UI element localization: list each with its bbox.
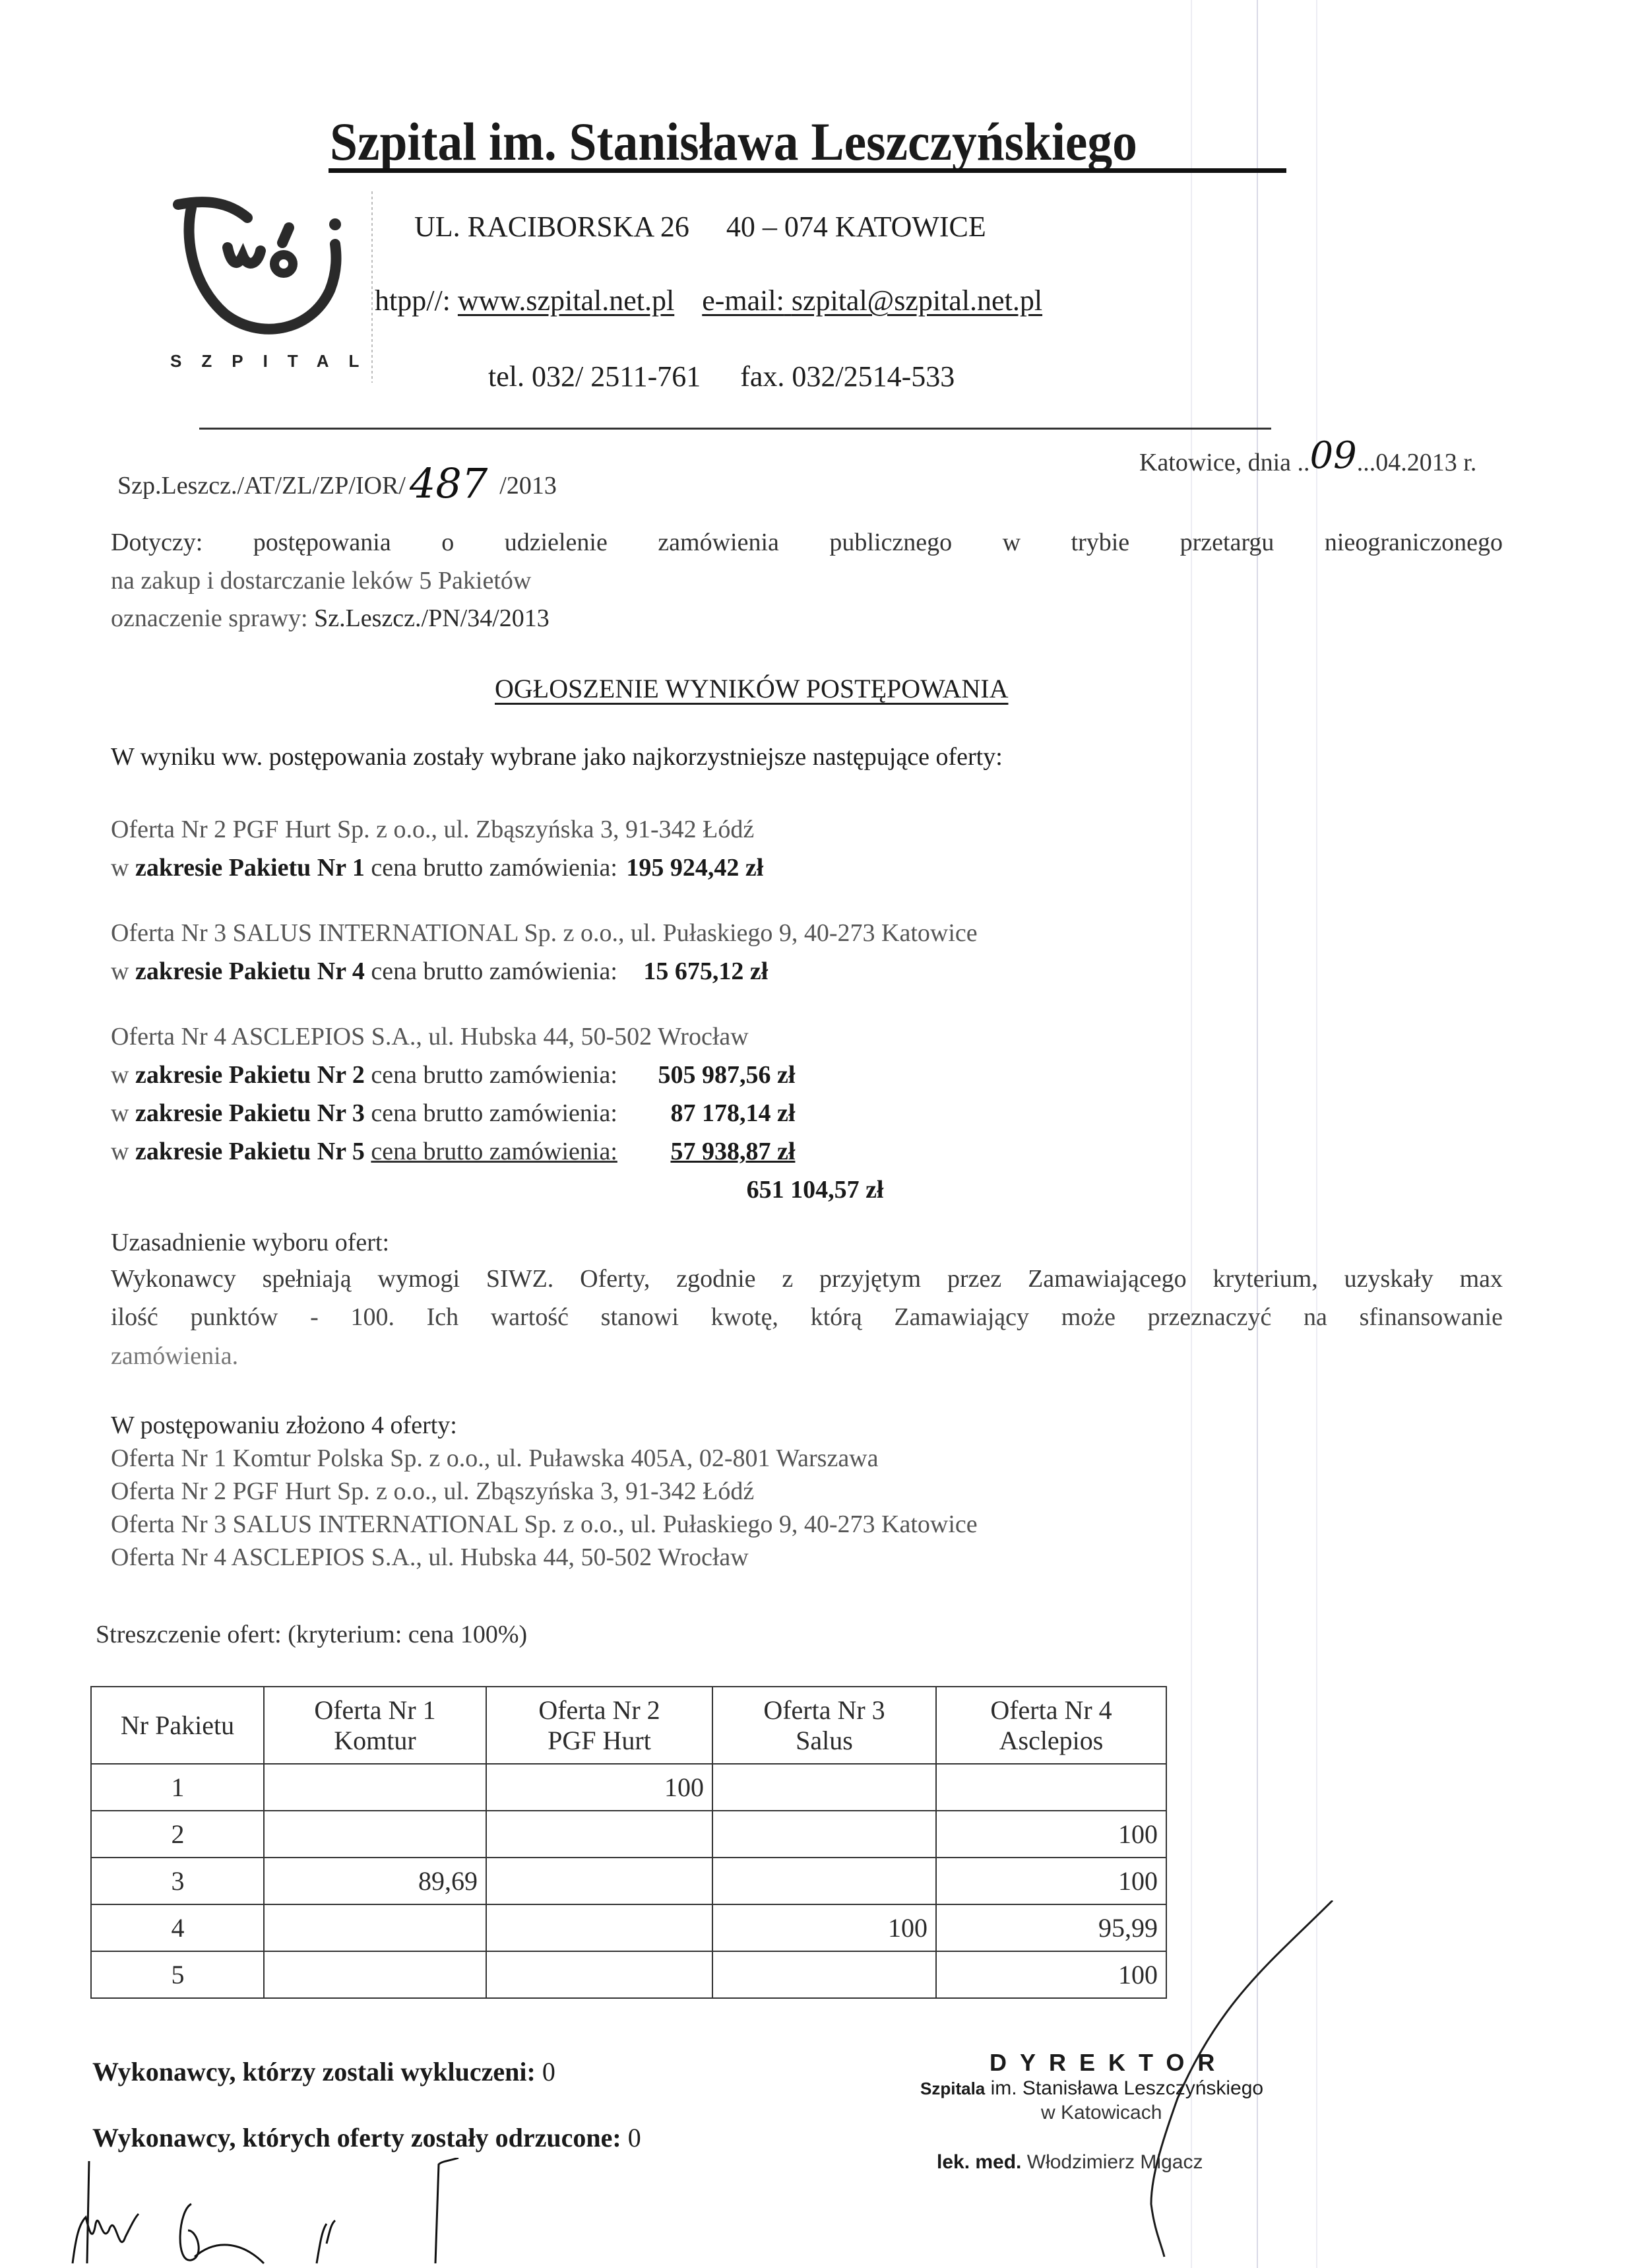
total-amount: 651 104,57 zł: [711, 1171, 884, 1209]
score-cell: [712, 1951, 936, 1998]
package-amount: 195 924,42 zł: [626, 854, 763, 882]
header-rule: [199, 428, 1271, 430]
web-label: htpp//:: [375, 284, 451, 317]
table-header-row: Nr Pakietu Oferta Nr 1Komtur Oferta Nr 2…: [91, 1687, 1166, 1764]
fax-number: fax. 032/2514-533: [740, 360, 955, 393]
selected-offer-3: Oferta Nr 3 SALUS INTERNATIONAL Sp. z o.…: [111, 914, 978, 990]
package-range: zakresie Pakietu Nr 3: [135, 1099, 365, 1127]
package-number-cell: 5: [91, 1951, 264, 1998]
package-line: w zakresie Pakietu Nr 5 cena brutto zamó…: [111, 1132, 884, 1171]
rejected-line: Wykonawcy, których oferty zostały odrzuc…: [92, 2122, 641, 2155]
package-range: zakresie Pakietu Nr 2: [135, 1061, 365, 1089]
offer-name: Oferta Nr 3 SALUS INTERNATIONAL Sp. z o.…: [111, 914, 978, 952]
submitted-offer-3: Oferta Nr 3 SALUS INTERNATIONAL Sp. z o.…: [111, 1508, 978, 1541]
email-link[interactable]: szpital@szpital.net.pl: [792, 284, 1042, 317]
date-suffix: .04.2013 r.: [1369, 449, 1477, 476]
package-label: cena brutto zamówienia:: [371, 854, 617, 882]
hospital-name: Szpital im. Stanisława Leszczyńskiego: [330, 111, 1137, 173]
score-cell: [486, 1904, 712, 1951]
director-signature-icon: [1088, 1900, 1352, 2268]
package-number-cell: 4: [91, 1904, 264, 1951]
website-link[interactable]: www.szpital.net.pl: [458, 284, 674, 317]
logo-separator: [371, 191, 373, 383]
table-row: 5100: [91, 1951, 1166, 1998]
intro-text: W wyniku ww. postępowania zostały wybran…: [111, 740, 1003, 773]
score-cell: [264, 1951, 486, 1998]
header-offer-4: Oferta Nr 4Asclepios: [936, 1687, 1166, 1764]
date-dots: ..: [1357, 449, 1369, 476]
package-amount: 57 938,87 zł: [623, 1132, 795, 1171]
package-line: w zakresie Pakietu Nr 3 cena brutto zamó…: [111, 1094, 884, 1132]
summary-title: Streszczenie ofert: (kryterium: cena 100…: [96, 1618, 527, 1651]
summary-criterion: (kryterium: cena 100%): [288, 1621, 527, 1648]
justification-title: Uzasadnienie wyboru ofert:: [111, 1226, 389, 1259]
case-label: oznaczenie sprawy:: [111, 604, 308, 632]
summary-label: Streszczenie ofert:: [96, 1621, 282, 1648]
package-number-cell: 3: [91, 1858, 264, 1904]
justification-line-2: ilość punktów - 100. Ich wartość stanowi…: [111, 1303, 1503, 1332]
logo-wordmark: SZPITAL: [170, 351, 379, 372]
hospital-logo-icon: [165, 191, 376, 343]
score-cell: 100: [936, 1858, 1166, 1904]
stamp-title: lek. med.: [937, 2151, 1021, 2173]
table-row: 1100: [91, 1764, 1166, 1811]
submitted-offer-2: Oferta Nr 2 PGF Hurt Sp. z o.o., ul. Zbą…: [111, 1475, 754, 1508]
score-cell: [264, 1764, 486, 1811]
committee-signatures-icon: [26, 2158, 488, 2268]
score-cell: [712, 1811, 936, 1858]
postal-city: 40 – 074 KATOWICE: [726, 211, 986, 243]
offers-summary-table: Nr Pakietu Oferta Nr 1Komtur Oferta Nr 2…: [90, 1686, 1167, 1999]
header-package-number: Nr Pakietu: [91, 1687, 264, 1764]
score-cell: [264, 1811, 486, 1858]
reference-prefix: Szp.Leszcz./AT/ZL/ZP/IOR/: [117, 472, 406, 500]
package-label: cena brutto zamówienia:: [371, 957, 617, 985]
package-prefix: w: [111, 957, 129, 985]
package-prefix: w: [111, 1099, 129, 1127]
justification-line-1: Wykonawcy spełniają wymogi SIWZ. Oferty,…: [111, 1264, 1503, 1293]
header-offer-1: Oferta Nr 1Komtur: [264, 1687, 486, 1764]
justification-line-3: zamówienia.: [111, 1340, 238, 1373]
phone-number: tel. 032/ 2511-761: [488, 360, 701, 393]
selected-offer-4: Oferta Nr 4 ASCLEPIOS S.A., ul. Hubska 4…: [111, 1018, 884, 1209]
package-line: w zakresie Pakietu Nr 1 cena brutto zamó…: [111, 849, 763, 887]
package-range: zakresie Pakietu Nr 5: [135, 1138, 365, 1165]
table-row: 410095,99: [91, 1904, 1166, 1951]
handwritten-reference: 487: [410, 459, 488, 507]
subject-line-1: Dotyczy: postępowania o udzielenie zamów…: [111, 528, 1503, 557]
reference-number: Szp.Leszcz./AT/ZL/ZP/IOR/487/2013: [117, 455, 557, 503]
submitted-offer-1: Oferta Nr 1 Komtur Polska Sp. z o.o., ul…: [111, 1442, 879, 1475]
package-prefix: w: [111, 1061, 129, 1089]
score-cell: [264, 1904, 486, 1951]
package-amount: 87 178,14 zł: [623, 1094, 795, 1132]
offer-name: Oferta Nr 2 PGF Hurt Sp. z o.o., ul. Zbą…: [111, 810, 763, 849]
email-label: e-mail:: [702, 284, 784, 317]
score-cell: 100: [712, 1904, 936, 1951]
selected-offer-2: Oferta Nr 2 PGF Hurt Sp. z o.o., ul. Zbą…: [111, 810, 763, 887]
case-value: Sz.Leszcz./PN/34/2013: [314, 604, 550, 632]
package-range: zakresie Pakietu Nr 4: [135, 957, 365, 985]
score-cell: [712, 1858, 936, 1904]
submitted-offer-4: Oferta Nr 4 ASCLEPIOS S.A., ul. Hubska 4…: [111, 1541, 749, 1574]
score-cell: [486, 1951, 712, 1998]
submitted-title: W postępowaniu złożono 4 oferty:: [111, 1409, 457, 1442]
handwritten-day: 09: [1310, 434, 1357, 477]
package-line: w zakresie Pakietu Nr 2 cena brutto zamó…: [111, 1056, 884, 1094]
package-line: w zakresie Pakietu Nr 4 cena brutto zamó…: [111, 952, 978, 990]
case-number: oznaczenie sprawy: Sz.Leszcz./PN/34/2013: [111, 602, 550, 635]
package-label: cena brutto zamówienia:: [371, 1138, 617, 1165]
score-cell: [712, 1764, 936, 1811]
header-offer-3: Oferta Nr 3Salus: [712, 1687, 936, 1764]
announcement-heading: OGŁOSZENIE WYNIKÓW POSTĘPOWANIA: [495, 673, 1008, 704]
address-line: UL. RACIBORSKA 2640 – 074 KATOWICE: [414, 210, 986, 243]
subject-line-2: na zakup i dostarczanie leków 5 Pakietów: [111, 564, 531, 597]
package-number-cell: 1: [91, 1764, 264, 1811]
total-line: 651 104,57 zł: [111, 1171, 884, 1209]
score-cell: [936, 1764, 1166, 1811]
package-amount: 505 987,56 zł: [623, 1056, 795, 1094]
date-prefix: Katowice, dnia: [1139, 449, 1291, 476]
title-underline: [329, 168, 1286, 173]
score-cell: [486, 1811, 712, 1858]
date-dots: ..: [1298, 449, 1310, 476]
web-contact-line: htpp//: www.szpital.net.ple-mail: szpita…: [375, 284, 1042, 317]
package-range: zakresie Pakietu Nr 1: [135, 854, 365, 882]
excluded-value: 0: [542, 2057, 555, 2087]
package-prefix: w: [111, 854, 129, 882]
header-offer-2: Oferta Nr 2PGF Hurt: [486, 1687, 712, 1764]
rejected-value: 0: [628, 2123, 641, 2153]
phone-line: tel. 032/ 2511-761fax. 032/2514-533: [488, 360, 955, 393]
score-cell: 100: [486, 1764, 712, 1811]
street-address: UL. RACIBORSKA 26: [414, 211, 689, 243]
document-date: Katowice, dnia ..09...04.2013 r.: [1139, 437, 1476, 480]
table-row: 389,69100: [91, 1858, 1166, 1904]
package-number-cell: 2: [91, 1811, 264, 1858]
offer-name: Oferta Nr 4 ASCLEPIOS S.A., ul. Hubska 4…: [111, 1018, 884, 1056]
package-label: cena brutto zamówienia:: [371, 1099, 617, 1127]
score-cell: 100: [936, 1811, 1166, 1858]
excluded-line: Wykonawcy, którzy zostali wykluczeni: 0: [92, 2056, 555, 2089]
score-cell: 89,69: [264, 1858, 486, 1904]
excluded-label: Wykonawcy, którzy zostali wykluczeni:: [92, 2057, 536, 2087]
score-cell: [486, 1858, 712, 1904]
table-row: 2100: [91, 1811, 1166, 1858]
package-amount: 15 675,12 zł: [643, 957, 768, 985]
reference-suffix: /2013: [499, 472, 557, 500]
package-prefix: w: [111, 1138, 129, 1165]
stamp-institution-bold: Szpitala: [920, 2079, 985, 2098]
package-label: cena brutto zamówienia:: [371, 1061, 617, 1089]
rejected-label: Wykonawcy, których oferty zostały odrzuc…: [92, 2123, 621, 2153]
